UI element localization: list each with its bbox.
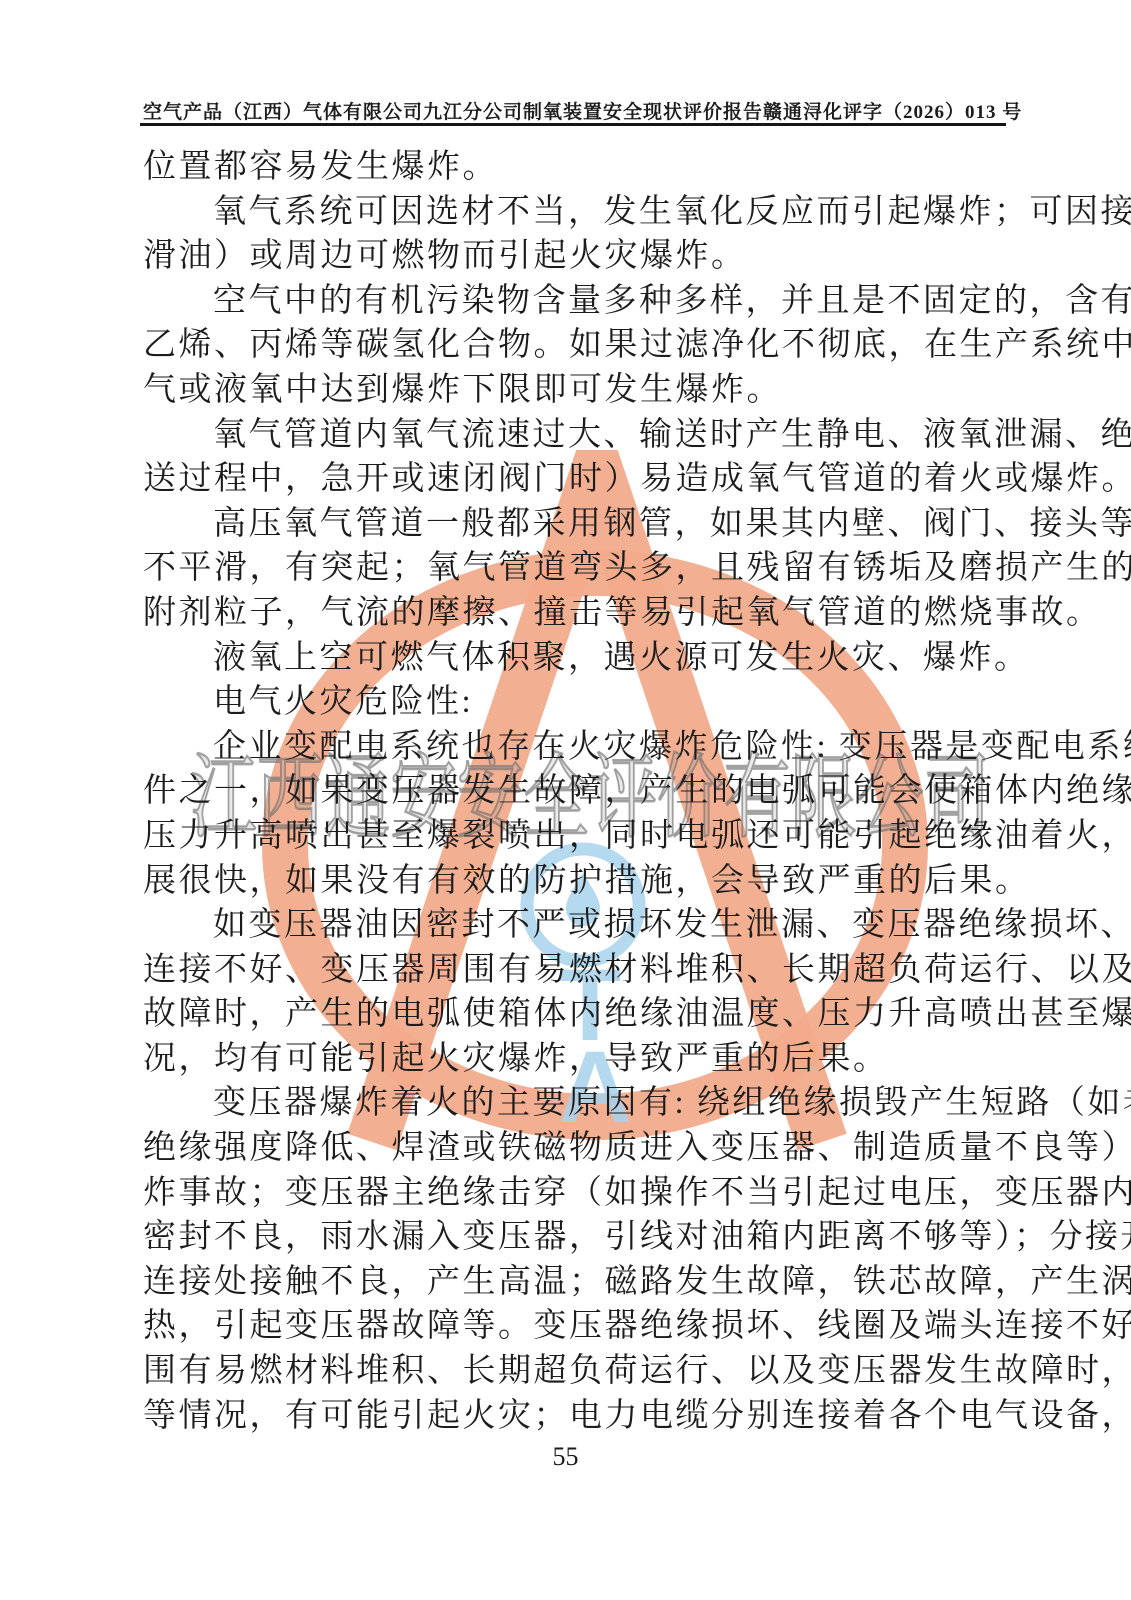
text-line: 液氧上空可燃气体积聚，遇火源可发生火灾、爆炸。 — [143, 636, 1009, 681]
header-rule — [140, 123, 1006, 126]
text-line: 绝缘强度降低、焊渣或铁磁物质进入变压器、制造质量不良等）引起着火爆 — [143, 1126, 1009, 1171]
text-line: 况，均有可能引起火灾爆炸，导致严重的后果。 — [143, 1037, 1009, 1082]
text-line: 变压器爆炸着火的主要原因有: 绕组绝缘损毁产生短路（如老化、变质、 — [143, 1081, 1009, 1126]
text-line: 炸事故；变压器主绝缘击穿（如操作不当引起过电压，变压器内部发生闪络， — [143, 1171, 1009, 1216]
text-line: 附剂粒子，气流的摩擦、撞击等易引起氧气管道的燃烧事故。 — [143, 591, 1009, 636]
text-line: 连接不好、变压器周围有易燃材料堆积、长期超负荷运行、以及变压器发生 — [143, 948, 1009, 993]
text-line: 如变压器油因密封不严或损坏发生泄漏、变压器绝缘损坏、线圈及端头 — [143, 903, 1009, 948]
text-line: 气或液氧中达到爆炸下限即可发生爆炸。 — [143, 368, 1009, 413]
text-line: 位置都容易发生爆炸。 — [143, 145, 1009, 190]
text-line: 氧气系统可因选材不当，发生氧化反应而引起爆炸；可因接触油脂（润 — [143, 190, 1009, 235]
text-line: 展很快，如果没有有效的防护措施，会导致严重的后果。 — [143, 859, 1009, 904]
text-line: 乙烯、丙烯等碳氢化合物。如果过滤净化不彻底，在生产系统中积聚，在氧 — [143, 323, 1009, 368]
text-line: 不平滑，有突起；氧气管道弯头多，且残留有锈垢及磨损产生的铁粒子和吸 — [143, 546, 1009, 591]
text-line: 围有易燃材料堆积、长期超负荷运行、以及变压器发生故障时，产生的电弧 — [143, 1349, 1009, 1394]
text-line: 氧气管道内氧气流速过大、输送时产生静电、液氧泄漏、绝热压缩（输 — [143, 413, 1009, 458]
text-line: 高压氧气管道一般都采用钢管，如果其内壁、阀门、接头等管件的表面 — [143, 502, 1009, 547]
text-line: 送过程中，急开或速闭阀门时）易造成氧气管道的着火或爆炸。 — [143, 457, 1009, 502]
page-header: 空气产品（江西）气体有限公司九江分公司制氧装置安全现状评价报告 赣通浔化评字（2… — [143, 97, 1006, 124]
page-number: 55 — [0, 1442, 1131, 1472]
header-report-title: 空气产品（江西）气体有限公司九江分公司制氧装置安全现状评价报告 — [143, 97, 763, 124]
text-line: 滑油）或周边可燃物而引起火灾爆炸。 — [143, 234, 1009, 279]
text-line: 企业变配电系统也存在火灾爆炸危险性: 变压器是变配电系统的重要元 — [143, 725, 1009, 770]
body-text: 位置都容易发生爆炸。氧气系统可因选材不当，发生氧化反应而引起爆炸；可因接触油脂（… — [143, 145, 1009, 1438]
text-line: 连接处接触不良，产生高温；磁路发生故障，铁芯故障，产生涡流、环流发 — [143, 1260, 1009, 1305]
text-line: 电气火灾危险性: — [143, 680, 1009, 725]
text-line: 密封不良，雨水漏入变压器，引线对油箱内距离不够等）；分接开关和绕组 — [143, 1215, 1009, 1260]
text-line: 热，引起变压器故障等。变压器绝缘损坏、线圈及端头连接不好、变压器周 — [143, 1304, 1009, 1349]
document-page: T A 江西通安安全评价有限公司 空气产品（江西）气体有限公司九江分公司制氧装置… — [0, 0, 1131, 1600]
text-line: 故障时，产生的电弧使箱体内绝缘油温度、压力升高喷出甚至爆裂喷出等情 — [143, 992, 1009, 1037]
text-line: 空气中的有机污染物含量多种多样，并且是不固定的，含有乙炔、甲烷、 — [143, 279, 1009, 324]
text-line: 等情况，有可能引起火灾；电力电缆分别连接着各个电气设备，电缆自身故 — [143, 1394, 1009, 1439]
header-doc-number: 赣通浔化评字（2026）013 号 — [763, 97, 1022, 124]
text-line: 压力升高喷出甚至爆裂喷出，同时电弧还可能引起绝缘油着火，而且火势发 — [143, 814, 1009, 859]
text-line: 件之一，如果变压器发生故障，产生的电弧可能会使箱体内绝缘油的温度、 — [143, 769, 1009, 814]
